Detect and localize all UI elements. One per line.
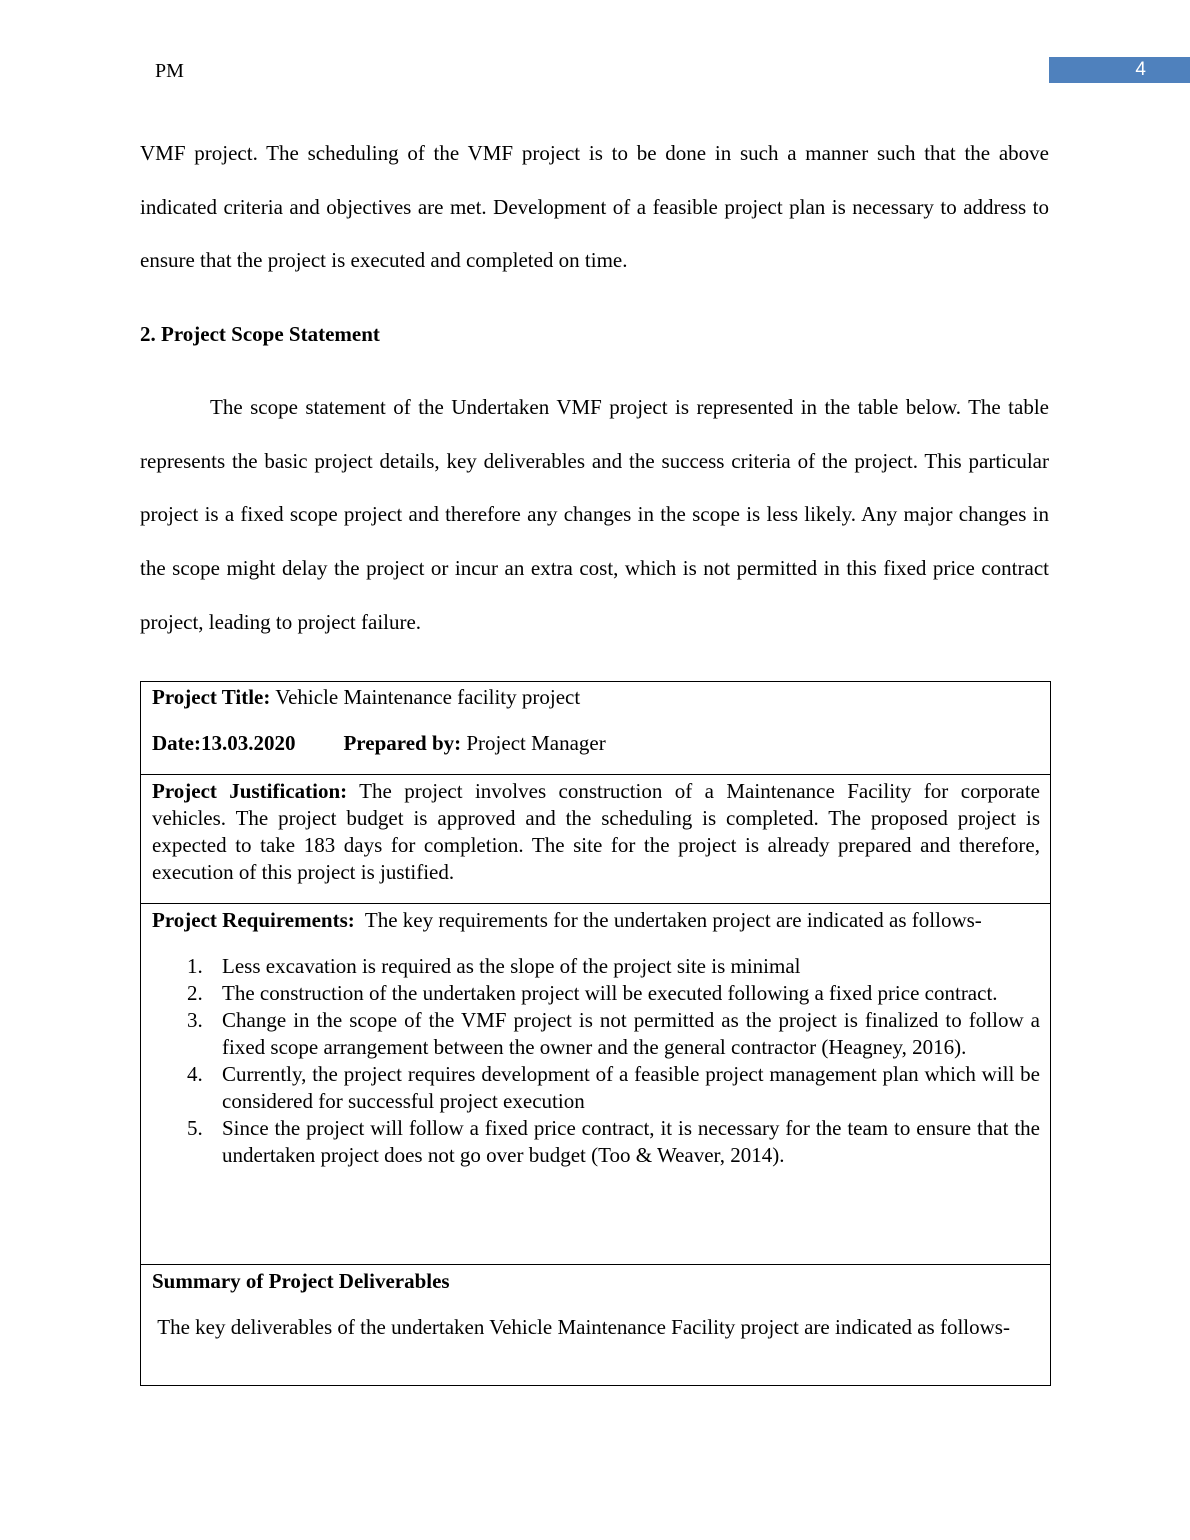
project-title-value: Vehicle Maintenance facility project xyxy=(270,685,580,709)
list-item-number: 5. xyxy=(187,1115,217,1142)
list-item-text: Less excavation is required as the slope… xyxy=(222,954,801,978)
page-number-badge: 4 xyxy=(1049,57,1190,83)
list-item: 4.Currently, the project requires develo… xyxy=(222,1061,1040,1115)
section-paragraph: The scope statement of the Undertaken VM… xyxy=(140,381,1049,650)
deliverables-heading: Summary of Project Deliverables xyxy=(152,1269,450,1293)
list-item: 3.Change in the scope of the VMF project… xyxy=(222,1007,1040,1061)
project-title-line: Project Title: Vehicle Maintenance facil… xyxy=(152,684,1040,711)
running-head: PM xyxy=(155,58,184,84)
requirements-label: Project Requirements: xyxy=(152,908,355,932)
list-item-text: The construction of the undertaken proje… xyxy=(222,981,998,1005)
prepared-by-label: Prepared by: xyxy=(343,731,461,755)
list-item: 2.The construction of the undertaken pro… xyxy=(222,980,1040,1007)
prepared-by-value: Project Manager xyxy=(461,731,606,755)
requirements-list: 1.Less excavation is required as the slo… xyxy=(152,953,1040,1169)
list-item: 5.Since the project will follow a fixed … xyxy=(222,1115,1040,1169)
date-prepared-line: Date:13.03.2020Prepared by: Project Mana… xyxy=(152,730,1040,757)
list-item-number: 2. xyxy=(187,980,217,1007)
requirements-intro: The key requirements for the undertaken … xyxy=(355,908,982,932)
date-label: Date:13.03.2020 xyxy=(152,731,295,755)
list-item: 1.Less excavation is required as the slo… xyxy=(222,953,1040,980)
section-heading: 2. Project Scope Statement xyxy=(140,320,380,348)
table-row-justification: Project Justification: The project invol… xyxy=(141,775,1050,904)
requirements-intro-line: Project Requirements: The key requiremen… xyxy=(152,907,1040,934)
scope-statement-table: Project Title: Vehicle Maintenance facil… xyxy=(140,681,1051,1386)
list-item-number: 3. xyxy=(187,1007,217,1034)
list-item-number: 4. xyxy=(187,1061,217,1088)
list-item-text: Currently, the project requires developm… xyxy=(222,1062,1040,1113)
justification-label: Project Justification: xyxy=(152,779,347,803)
intro-paragraph: VMF project. The scheduling of the VMF p… xyxy=(140,127,1049,288)
list-item-number: 1. xyxy=(187,953,217,980)
deliverables-text: The key deliverables of the undertaken V… xyxy=(152,1314,1040,1341)
project-title-label: Project Title: xyxy=(152,685,270,709)
list-item-text: Change in the scope of the VMF project i… xyxy=(222,1008,1040,1059)
table-row-requirements: Project Requirements: The key requiremen… xyxy=(141,904,1050,1265)
table-row-title: Project Title: Vehicle Maintenance facil… xyxy=(141,682,1050,775)
table-row-deliverables: Summary of Project Deliverables The key … xyxy=(141,1265,1050,1385)
list-item-text: Since the project will follow a fixed pr… xyxy=(222,1116,1040,1167)
